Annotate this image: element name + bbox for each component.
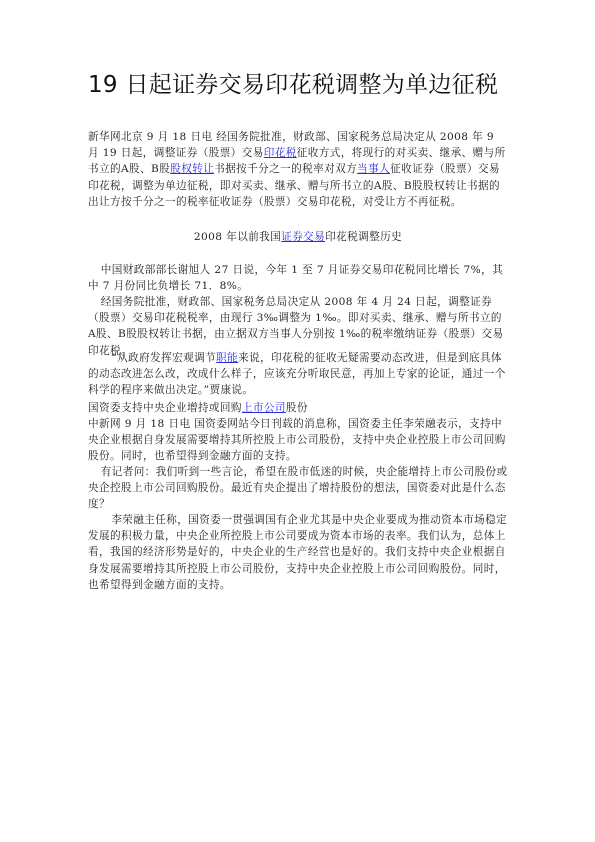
subheading-text-1: 2008 年以前我国 — [194, 231, 281, 243]
quote-text-1: “从政府发挥宏观调节 — [111, 352, 216, 364]
paragraph-quote: “从政府发挥宏观调节职能来说，印花税的征收无疑需要动态改进，但是到底具体的动态改… — [88, 350, 508, 399]
sasac-heading-text-2: 股份 — [286, 402, 308, 414]
link-stamp-tax[interactable]: 印花税 — [264, 147, 297, 159]
paragraph-li-rongrong-answer: 李荣融主任称，国资委一贯强调国有企业尤其是中央企业要成为推动资本市场稳定发展的积… — [88, 512, 508, 593]
paragraph-minister-statement: 中国财政部部长谢旭人 27 日说，今年 1 至 7 月证券交易印花税同比增长 7… — [88, 262, 508, 294]
article-title: 19 日起证券交易印花税调整为单边征税 — [88, 72, 508, 99]
link-equity-transfer[interactable]: 股权转让 — [170, 163, 214, 175]
section-subheading: 2008 年以前我国证券交易印花税调整历史 — [88, 229, 508, 245]
link-function[interactable]: 职能 — [216, 352, 238, 364]
section-heading-sasac: 国资委支持中央企业增持或回购上市公司股份 — [88, 400, 508, 416]
link-listed-company[interactable]: 上市公司 — [242, 402, 286, 414]
paragraph-intro-text-3: 书据按千分之一的税率对双方 — [214, 163, 357, 175]
paragraph-sasac-news: 中新网 9 月 18 日电 国资委网站今日刊载的消息称，国资委主任李荣融表示，支… — [88, 416, 508, 465]
link-securities-trading[interactable]: 证券交易 — [281, 231, 325, 243]
sasac-heading-text-1: 国资委支持中央企业增持或回购 — [88, 402, 242, 414]
paragraph-intro: 新华网北京 9 月 18 日电 经国务院批准，财政部、国家税务总局决定从 200… — [88, 129, 508, 210]
paragraph-reporter-question: 有记者问：我们听到一些言论，希望在股市低迷的时候，央企能增持上市公司股份或央企控… — [88, 464, 508, 513]
subheading-text-2: 印花税调整历史 — [325, 231, 402, 243]
link-party[interactable]: 当事人 — [357, 163, 390, 175]
